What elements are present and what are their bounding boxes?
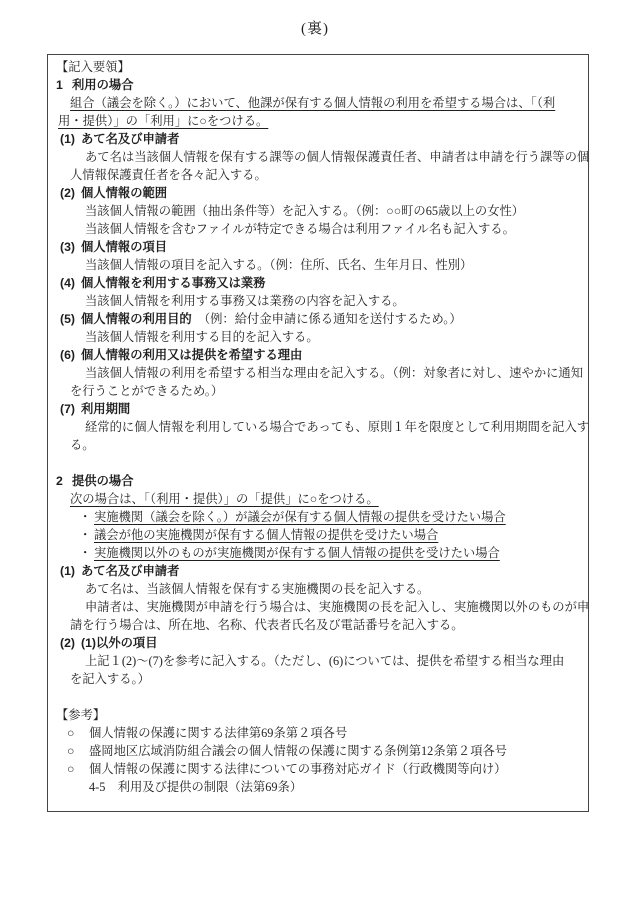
list-marker: (2) (60, 634, 81, 652)
doc-line: る。 (48, 436, 588, 454)
text-segment: 人情報保護責任者を各々記入する。 (70, 168, 267, 182)
doc-line: (5)個人情報の利用目的 （例：給付金申請に係る通知を送付するため。） (48, 310, 588, 328)
text-segment: 個人情報の利用目的 (81, 312, 192, 326)
doc-line: ○個人情報の保護に関する法律第69条第２項各号 (48, 724, 588, 742)
doc-line: 2提供の場合 (48, 472, 588, 490)
blank-line (48, 688, 588, 706)
list-marker: (5) (60, 310, 81, 328)
text-segment: 当該個人情報の範囲（抽出条件等）を記入する。（例：○○町の65歳以上の女性） (85, 204, 524, 218)
text-segment: 実施機関以外のものが実施機関が保有する個人情報の提供を受けたい場合 (94, 546, 500, 560)
text-segment: 提供の場合 (72, 474, 134, 488)
doc-line: ・実施機関以外のものが実施機関が保有する個人情報の提供を受けたい場合 (48, 544, 588, 562)
text-segment: 用・提供）」の「利用」に○をつける。 (58, 114, 268, 128)
list-marker: ・ (79, 544, 94, 562)
text-segment: 利用の場合 (72, 78, 134, 92)
doc-line: 当該個人情報を利用する目的を記入する。 (48, 328, 588, 346)
doc-line: を行うことができるため。） (48, 382, 588, 400)
doc-line: (4)個人情報を利用する事務又は業務 (48, 274, 588, 292)
list-marker: (2) (60, 184, 81, 202)
text-segment: 議会が他の実施機関が保有する個人情報の提供を受けたい場合 (94, 528, 438, 542)
text-segment: 経常的に個人情報を利用している場合であっても、原則１年を限度として利用期間を記入… (85, 420, 589, 434)
doc-line: (1)あて名及び申請者 (48, 130, 588, 148)
doc-line: 上記１(2)～(7)を参考に記入する。（ただし、(6)については、提供を希望する… (48, 652, 588, 670)
text-segment: 利用期間 (81, 402, 130, 416)
list-marker: (7) (60, 400, 81, 418)
doc-line: (2)(1)以外の項目 (48, 634, 588, 652)
doc-line: 組合（議会を除く。）において、他課が保有する個人情報の利用を希望する場合は、「（… (48, 94, 588, 112)
list-marker: (6) (60, 346, 81, 364)
doc-line: (7)利用期間 (48, 400, 588, 418)
list-marker: ・ (79, 508, 94, 526)
text-segment: 請を行う場合は、所在地、名称、代表者氏名及び電話番号を記入する。 (70, 618, 464, 632)
text-segment: を記入する。） (70, 672, 150, 686)
text-segment: 実施機関（議会を除く。）が議会が保有する個人情報の提供を受けたい場合 (94, 510, 506, 524)
doc-line: 当該個人情報を含むファイルが特定できる場合は利用ファイル名も記入する。 (48, 220, 588, 238)
list-marker: (1) (60, 130, 81, 148)
blank-line (48, 454, 588, 472)
doc-line: 次の場合は、「（利用・提供）」の「提供」に○をつける。 (48, 490, 588, 508)
instruction-box: 【記入要領】1利用の場合組合（議会を除く。）において、他課が保有する個人情報の利… (47, 54, 589, 812)
text-segment: 当該個人情報を含むファイルが特定できる場合は利用ファイル名も記入する。 (85, 222, 515, 236)
text-segment: 申請者は、実施機関が申請を行う場合は、実施機関の長を記入し、実施機関以外のものが… (85, 600, 589, 614)
doc-line: ・実施機関（議会を除く。）が議会が保有する個人情報の提供を受けたい場合 (48, 508, 588, 526)
doc-line: 【参考】 (48, 706, 588, 724)
text-segment: 組合（議会を除く。）において、他課が保有する個人情報の利用を希望する場合は、「（… (70, 96, 555, 110)
text-segment: あて名は当該個人情報を保有する課等の個人情報保護責任者、申請者は申請を行う課等の… (85, 150, 589, 164)
list-marker: ○ (67, 742, 89, 760)
doc-line: ○盛岡地区広域消防組合議会の個人情報の保護に関する条例第12条第２項各号 (48, 742, 588, 760)
doc-line: ○個人情報の保護に関する法律についての事務対応ガイド（行政機関等向け） (48, 760, 588, 778)
text-segment: 個人情報の項目 (81, 240, 167, 254)
doc-line: 申請者は、実施機関が申請を行う場合は、実施機関の長を記入し、実施機関以外のものが… (48, 598, 588, 616)
doc-line: あて名は当該個人情報を保有する課等の個人情報保護責任者、申請者は申請を行う課等の… (48, 148, 588, 166)
instruction-box-content: 【記入要領】1利用の場合組合（議会を除く。）において、他課が保有する個人情報の利… (48, 55, 588, 796)
list-marker: ・ (79, 526, 94, 544)
text-segment: 当該個人情報の利用を希望する相当な理由を記入する。（例：対象者に対し、速やかに通… (85, 366, 583, 380)
text-segment: あて名及び申請者 (81, 564, 179, 578)
text-segment: 次の場合は、「（利用・提供）」の「提供」に○をつける。 (70, 492, 379, 506)
text-segment: を行うことができるため。） (70, 384, 223, 398)
list-marker: (4) (60, 274, 81, 292)
text-segment: 個人情報の利用又は提供を希望する理由 (81, 348, 302, 362)
doc-line: 請を行う場合は、所在地、名称、代表者氏名及び電話番号を記入する。 (48, 616, 588, 634)
doc-line: (2)個人情報の範囲 (48, 184, 588, 202)
text-segment: 個人情報の保護に関する法律についての事務対応ガイド（行政機関等向け） (89, 762, 506, 776)
text-segment: 当該個人情報を利用する事務又は業務の内容を記入する。 (85, 294, 405, 308)
page-side-label: (裏) (0, 17, 630, 38)
doc-line: 経常的に個人情報を利用している場合であっても、原則１年を限度として利用期間を記入… (48, 418, 588, 436)
doc-line: 当該個人情報の範囲（抽出条件等）を記入する。（例：○○町の65歳以上の女性） (48, 202, 588, 220)
text-segment: 【記入要領】 (56, 60, 130, 74)
text-segment: 個人情報の保護に関する法律第69条第２項各号 (89, 726, 347, 740)
text-segment: 盛岡地区広域消防組合議会の個人情報の保護に関する条例第12条第２項各号 (89, 744, 507, 758)
text-segment: る。 (70, 438, 95, 452)
text-segment: あて名及び申請者 (81, 132, 179, 146)
doc-line: 4-5 利用及び提供の制限（法第69条） (48, 778, 588, 796)
doc-line: 用・提供）」の「利用」に○をつける。 (48, 112, 588, 130)
text-segment: 当該個人情報の項目を記入する。（例：住所、氏名、生年月日、性別） (85, 258, 472, 272)
text-segment: あて名は、当該個人情報を保有する実施機関の長を記入する。 (85, 582, 429, 596)
doc-line: 1利用の場合 (48, 76, 588, 94)
doc-line: (6)個人情報の利用又は提供を希望する理由 (48, 346, 588, 364)
doc-line: 人情報保護責任者を各々記入する。 (48, 166, 588, 184)
doc-line: あて名は、当該個人情報を保有する実施機関の長を記入する。 (48, 580, 588, 598)
text-segment: 4-5 利用及び提供の制限（法第69条） (89, 780, 302, 794)
text-segment: 【参考】 (56, 708, 105, 722)
doc-line: 当該個人情報の項目を記入する。（例：住所、氏名、生年月日、性別） (48, 256, 588, 274)
list-marker: ○ (67, 760, 89, 778)
text-segment: 上記１(2)～(7)を参考に記入する。（ただし、(6)については、提供を希望する… (85, 654, 564, 668)
text-segment: 個人情報の範囲 (81, 186, 167, 200)
list-marker: 2 (56, 472, 72, 490)
doc-line: 当該個人情報を利用する事務又は業務の内容を記入する。 (48, 292, 588, 310)
text-segment: 当該個人情報を利用する目的を記入する。 (85, 330, 319, 344)
list-marker: (1) (60, 562, 81, 580)
doc-line: (1)あて名及び申請者 (48, 562, 588, 580)
text-segment: 個人情報を利用する事務又は業務 (81, 276, 265, 290)
doc-line: を記入する。） (48, 670, 588, 688)
doc-line: (3)個人情報の項目 (48, 238, 588, 256)
list-marker: ○ (67, 724, 89, 742)
text-segment: （例：給付金申請に係る通知を送付するため。） (192, 312, 462, 326)
doc-line: ・議会が他の実施機関が保有する個人情報の提供を受けたい場合 (48, 526, 588, 544)
doc-line: 【記入要領】 (48, 58, 588, 76)
page: { "colors": { "text": "#1f1f1f", "border… (0, 0, 630, 903)
text-segment: (1)以外の項目 (81, 636, 158, 650)
list-marker: (3) (60, 238, 81, 256)
list-marker: 1 (56, 76, 72, 94)
doc-line: 当該個人情報の利用を希望する相当な理由を記入する。（例：対象者に対し、速やかに通… (48, 364, 588, 382)
